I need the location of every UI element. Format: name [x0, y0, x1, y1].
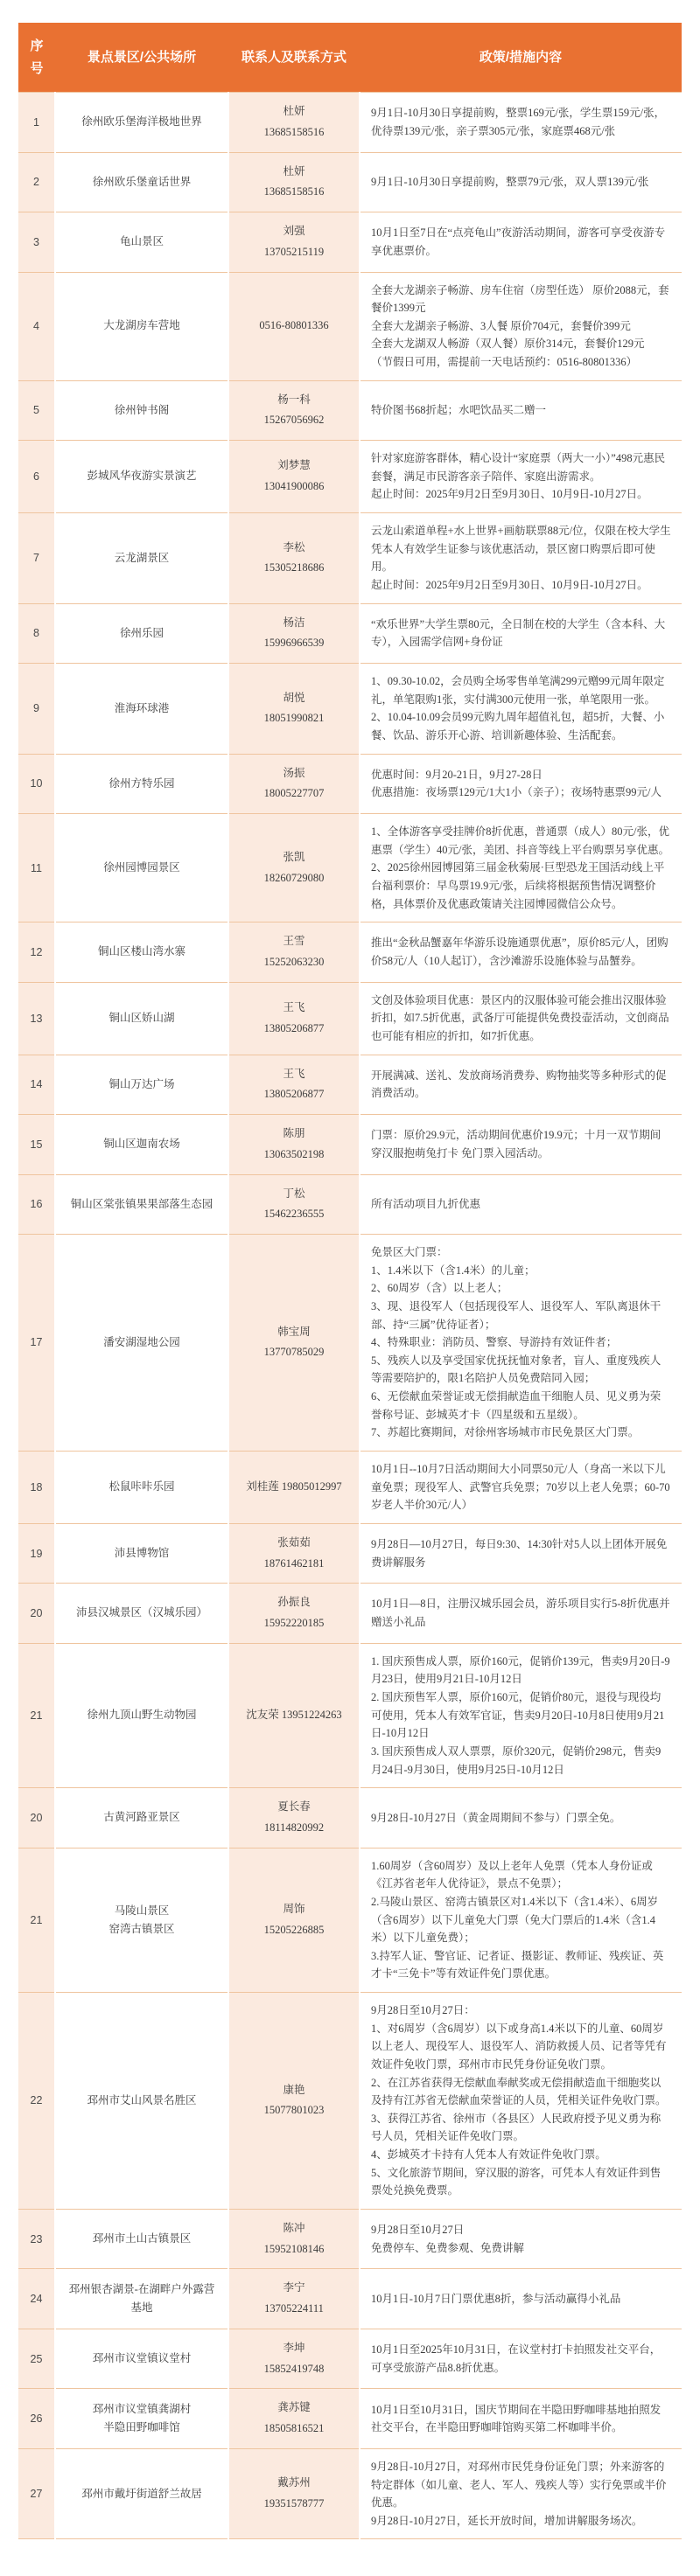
scenic-spot-cell: 徐州欧乐堡海洋极地世界 [55, 93, 228, 153]
policy-cell: 推出“金秋品蟹嘉年华游乐设施通票优惠”，原价85元/人，团购价58元/人（10人… [360, 922, 682, 983]
scenic-spot-cell: 铜山万达广场 [55, 1055, 228, 1115]
serial-number-cell: 21 [18, 1643, 55, 1787]
policy-cell: 针对家庭游客群体，精心设计“家庭票（两大一小）”498元惠民套餐，满足市民游客亲… [360, 441, 682, 513]
serial-number-cell: 13 [18, 982, 55, 1055]
contact-cell: 王雪 15252063230 [228, 922, 360, 983]
scenic-spot-cell: 龟山景区 [55, 212, 228, 273]
serial-number-cell: 20 [18, 1788, 55, 1848]
serial-number-cell: 18 [18, 1451, 55, 1523]
scenic-spot-cell: 潘安湖湿地公园 [55, 1235, 228, 1452]
policy-cell: 优惠时间：9月20-21日，9月27-28日 优惠措施：夜场票129元/1大1小… [360, 754, 682, 814]
policy-cell: 9月28日至10月27日： 1、对6周岁（含6周岁）以下或身高1.4米以下的儿童… [360, 1993, 682, 2210]
contact-cell: 张茹茹 18761462181 [228, 1523, 360, 1584]
table-row: 26邳州市议堂镇龚湖村 半隐田野咖啡馆龚苏键 1850581652110月1日至… [18, 2389, 682, 2449]
table-row: 5徐州钟书阁杨一科 15267056962特价图书68折起；水吧饮品买二赠一 [18, 380, 682, 441]
scenic-spot-cell: 古黄河路亚景区 [55, 1788, 228, 1848]
contact-cell: 戴苏州 19351578777 [228, 2448, 360, 2539]
policy-cell: 免景区大门票： 1、1.4米以下（含1.4米）的儿童； 2、60周岁（含）以上老… [360, 1235, 682, 1452]
policy-cell: 1、09.30-10.02，会员购全场零售单笔满299元赠99元周年限定礼，单笔… [360, 664, 682, 755]
serial-number-cell: 16 [18, 1174, 55, 1235]
contact-cell: 李松 15305218686 [228, 513, 360, 604]
serial-number-cell: 23 [18, 2209, 55, 2269]
table-row: 14铜山万达广场王飞 13805206877开展满减、送礼、发放商场消费券、购物… [18, 1055, 682, 1115]
table-body: 1徐州欧乐堡海洋极地世界杜妍 136851585169月1日-10月30日享提前… [18, 93, 682, 2539]
policy-cell: 全套大龙湖亲子畅游、房车住宿（房型任选） 原价2088元，套餐价1399元 全套… [360, 272, 682, 380]
scenic-spot-cell: 邳州市议堂镇议堂村 [55, 2329, 228, 2389]
contact-cell: 杨一科 15267056962 [228, 380, 360, 441]
policy-cell: 门票：原价29.9元，活动期间优惠价19.9元；十月一双节期间 穿汉服抱萌兔打卡… [360, 1115, 682, 1175]
table-row: 19沛县博物馆张茹茹 187614621819月28日—10月27日，每日9:3… [18, 1523, 682, 1584]
scenic-spot-cell: 邳州市艾山风景名胜区 [55, 1993, 228, 2210]
contact-cell: 杜妍 13685158516 [228, 152, 360, 212]
contact-cell: 王飞 13805206877 [228, 982, 360, 1055]
contact-cell: 沈友荣 13951224263 [228, 1643, 360, 1787]
table-row: 9淮海环球港胡悦 180519908211、09.30-10.02，会员购全场零… [18, 664, 682, 755]
policy-cell: 1.60周岁（含60周岁）及以上老年人免票（凭本人身份证或《江苏省老年人优待证》… [360, 1848, 682, 1992]
table-row: 18松鼠咔咔乐园刘桂莲 1980501299710月1日--10月7日活动期间大… [18, 1451, 682, 1523]
serial-number-cell: 15 [18, 1115, 55, 1175]
serial-number-cell: 21 [18, 1848, 55, 1992]
table-row: 12铜山区楼山湾水寨王雪 15252063230推出“金秋品蟹嘉年华游乐设施通票… [18, 922, 682, 983]
table-row: 10徐州方特乐园汤振 18005227707优惠时间：9月20-21日，9月27… [18, 754, 682, 814]
policy-cell: 10月1日--10月7日活动期间大小同票50元/人（身高一米以下儿童免票；现役军… [360, 1451, 682, 1523]
scenic-spot-cell: 徐州九顶山野生动物园 [55, 1643, 228, 1787]
serial-number-cell: 27 [18, 2448, 55, 2539]
contact-cell: 张凯 18260729080 [228, 814, 360, 922]
policy-cell: 特价图书68折起；水吧饮品买二赠一 [360, 380, 682, 441]
header-scenic-spot: 景点景区/公共场所 [55, 23, 228, 93]
table-row: 8徐州乐园杨洁 15996966539“欢乐世界”大学生票80元，全日制在校的大… [18, 603, 682, 664]
table-row: 11徐州园博园景区张凯 182607290801、全体游客享受挂牌价8折优惠，普… [18, 814, 682, 922]
scenic-spot-cell: 徐州方特乐园 [55, 754, 228, 814]
policy-cell: 10月1日至7日在“点亮龟山”夜游活动期间，游客可享受夜游专享优惠票价。 [360, 212, 682, 273]
table-row: 17潘安湖湿地公园韩宝周 13770785029免景区大门票： 1、1.4米以下… [18, 1235, 682, 1452]
serial-number-cell: 10 [18, 754, 55, 814]
scenic-spot-cell: 徐州欧乐堡童话世界 [55, 152, 228, 212]
policy-cell: 9月28日—10月27日，每日9:30、14:30针对5人以上团体开展免费讲解服… [360, 1523, 682, 1584]
scenic-spot-cell: 云龙湖景区 [55, 513, 228, 604]
contact-cell: 丁松 15462236555 [228, 1174, 360, 1235]
scenic-spot-cell: 淮海环球港 [55, 664, 228, 755]
policy-cell: 9月1日-10月30日享提前购，整票169元/张，学生票159元/张，优待票13… [360, 93, 682, 153]
contact-cell: 杜妍 13685158516 [228, 93, 360, 153]
policy-cell: 9月1日-10月30日享提前购，整票79元/张，双人票139元/张 [360, 152, 682, 212]
policy-cell: 云龙山索道单程+水上世界+画舫联票88元/位，仅限在校大学生凭本人有效学生证参与… [360, 513, 682, 604]
serial-number-cell: 17 [18, 1235, 55, 1452]
contact-cell: 陈冲 15952108146 [228, 2209, 360, 2269]
serial-number-cell: 4 [18, 272, 55, 380]
contact-cell: 李宁 13705224111 [228, 2269, 360, 2329]
serial-number-cell: 25 [18, 2329, 55, 2389]
serial-number-cell: 3 [18, 212, 55, 273]
policy-cell: 9月28日至10月27日 免费停车、免费参观、免费讲解 [360, 2209, 682, 2269]
scenic-spot-cell: 铜山区娇山湖 [55, 982, 228, 1055]
contact-cell: 王飞 13805206877 [228, 1055, 360, 1115]
scenic-spot-cell: 邳州市议堂镇龚湖村 半隐田野咖啡馆 [55, 2389, 228, 2449]
scenic-spot-cell: 沛县博物馆 [55, 1523, 228, 1584]
table-row: 2徐州欧乐堡童话世界杜妍 136851585169月1日-10月30日享提前购，… [18, 152, 682, 212]
serial-number-cell: 1 [18, 93, 55, 153]
policy-table: 序 号 景点景区/公共场所 联系人及联系方式 政策/措施内容 1徐州欧乐堡海洋极… [18, 23, 682, 2539]
scenic-spot-cell: 铜山区迦南农场 [55, 1115, 228, 1175]
header-contact: 联系人及联系方式 [228, 23, 360, 93]
table-row: 3龟山景区刘强 1370521511910月1日至7日在“点亮龟山”夜游活动期间… [18, 212, 682, 273]
contact-cell: 孙振良 15952220185 [228, 1584, 360, 1644]
scenic-spot-cell: 徐州园博园景区 [55, 814, 228, 922]
table-row: 1徐州欧乐堡海洋极地世界杜妍 136851585169月1日-10月30日享提前… [18, 93, 682, 153]
scenic-spot-cell: 松鼠咔咔乐园 [55, 1451, 228, 1523]
policy-cell: 10月1日至10月31日，国庆节期间在半隐田野咖啡基地拍照发社交平台，在半隐田野… [360, 2389, 682, 2449]
policy-cell: 所有活动项目九折优惠 [360, 1174, 682, 1235]
scenic-spot-cell: 徐州乐园 [55, 603, 228, 664]
table-row: 15铜山区迦南农场陈朋 13063502198门票：原价29.9元，活动期间优惠… [18, 1115, 682, 1175]
scenic-spot-cell: 邳州银杏湖景-在湖畔户外露营基地 [55, 2269, 228, 2329]
scenic-spot-cell: 徐州钟书阁 [55, 380, 228, 441]
policy-cell: 9月28日-10月27日，对邳州市民凭身份证免门票；外来游客的特定群体（如儿童、… [360, 2448, 682, 2539]
table-row: 21徐州九顶山野生动物园沈友荣 139512242631. 国庆预售成人票，原价… [18, 1643, 682, 1787]
contact-cell: 杨洁 15996966539 [228, 603, 360, 664]
serial-number-cell: 12 [18, 922, 55, 983]
table-row: 24邳州银杏湖景-在湖畔户外露营基地李宁 1370522411110月1日-10… [18, 2269, 682, 2329]
contact-cell: 韩宝周 13770785029 [228, 1235, 360, 1452]
table-row: 20沛县汉城景区（汉城乐园）孙振良 1595222018510月1日—8日，注册… [18, 1584, 682, 1644]
contact-cell: 汤振 18005227707 [228, 754, 360, 814]
header-serial-number: 序 号 [18, 23, 55, 93]
header-policy-content: 政策/措施内容 [360, 23, 682, 93]
table-row: 16铜山区棠张镇果果部落生态园丁松 15462236555所有活动项目九折优惠 [18, 1174, 682, 1235]
scenic-spot-cell: 邳州市戴圩街道舒兰故居 [55, 2448, 228, 2539]
serial-number-cell: 2 [18, 152, 55, 212]
serial-number-cell: 9 [18, 664, 55, 755]
table-row: 4大龙湖房车营地0516-80801336全套大龙湖亲子畅游、房车住宿（房型任选… [18, 272, 682, 380]
policy-cell: 文创及体验项目优惠：景区内的汉服体验可能会推出汉服体验折扣，如7.5折优惠，武备… [360, 982, 682, 1055]
table-row: 13铜山区娇山湖王飞 13805206877文创及体验项目优惠：景区内的汉服体验… [18, 982, 682, 1055]
table-row: 6彭城风华夜游实景演艺刘梦慧 13041900086针对家庭游客群体，精心设计“… [18, 441, 682, 513]
serial-number-cell: 26 [18, 2389, 55, 2449]
policy-cell: 10月1日—8日，注册汉城乐园会员，游乐项目实行5-8折优惠并赠送小礼品 [360, 1584, 682, 1644]
contact-cell: 周饰 15205226885 [228, 1848, 360, 1992]
scenic-spot-cell: 沛县汉城景区（汉城乐园） [55, 1584, 228, 1644]
contact-cell: 胡悦 18051990821 [228, 664, 360, 755]
contact-cell: 夏长春 18114820992 [228, 1788, 360, 1848]
serial-number-cell: 5 [18, 380, 55, 441]
serial-number-cell: 14 [18, 1055, 55, 1115]
serial-number-cell: 24 [18, 2269, 55, 2329]
contact-cell: 李坤 15852419748 [228, 2329, 360, 2389]
serial-number-cell: 8 [18, 603, 55, 664]
policy-cell: 9月28日-10月27日（黄金周期间不参与）门票全免。 [360, 1788, 682, 1848]
contact-cell: 陈朋 13063502198 [228, 1115, 360, 1175]
table-row: 27邳州市戴圩街道舒兰故居戴苏州 193515787779月28日-10月27日… [18, 2448, 682, 2539]
table-row: 21马陵山景区 窑湾古镇景区周饰 152052268851.60周岁（含60周岁… [18, 1848, 682, 1992]
scenic-spot-cell: 马陵山景区 窑湾古镇景区 [55, 1848, 228, 1992]
serial-number-cell: 6 [18, 441, 55, 513]
policy-cell: 开展满减、送礼、发放商场消费券、购物抽奖等多种形式的促消费活动。 [360, 1055, 682, 1115]
table-row: 20古黄河路亚景区夏长春 181148209929月28日-10月27日（黄金周… [18, 1788, 682, 1848]
policy-cell: 10月1日至2025年10月31日，在议堂村打卡拍照发社交平台，可享受旅游产品8… [360, 2329, 682, 2389]
serial-number-cell: 22 [18, 1993, 55, 2210]
contact-cell: 龚苏键 18505816521 [228, 2389, 360, 2449]
table-row: 22邳州市艾山风景名胜区康艳 150778010239月28日至10月27日： … [18, 1993, 682, 2210]
serial-number-cell: 19 [18, 1523, 55, 1584]
policy-cell: 10月1日-10月7日门票优惠8折，参与活动赢得小礼品 [360, 2269, 682, 2329]
scenic-spot-cell: 大龙湖房车营地 [55, 272, 228, 380]
serial-number-cell: 20 [18, 1584, 55, 1644]
policy-cell: 1、全体游客享受挂牌价8折优惠，普通票（成人）80元/张，优惠票（学生）40元/… [360, 814, 682, 922]
table-row: 23邳州市土山古镇景区陈冲 159521081469月28日至10月27日 免费… [18, 2209, 682, 2269]
policy-cell: 1. 国庆预售成人票，原价160元，促销价139元，售卖9月20日-9月23日，… [360, 1643, 682, 1787]
contact-cell: 刘强 13705215119 [228, 212, 360, 273]
table-row: 7云龙湖景区李松 15305218686云龙山索道单程+水上世界+画舫联票88元… [18, 513, 682, 604]
scenic-spot-cell: 邳州市土山古镇景区 [55, 2209, 228, 2269]
scenic-spot-cell: 铜山区棠张镇果果部落生态园 [55, 1174, 228, 1235]
serial-number-cell: 11 [18, 814, 55, 922]
serial-number-cell: 7 [18, 513, 55, 604]
table-header: 序 号 景点景区/公共场所 联系人及联系方式 政策/措施内容 [18, 23, 682, 93]
header-row: 序 号 景点景区/公共场所 联系人及联系方式 政策/措施内容 [18, 23, 682, 93]
contact-cell: 刘桂莲 19805012997 [228, 1451, 360, 1523]
page: 序 号 景点景区/公共场所 联系人及联系方式 政策/措施内容 1徐州欧乐堡海洋极… [0, 0, 700, 2576]
scenic-spot-cell: 彭城风华夜游实景演艺 [55, 441, 228, 513]
table-row: 25邳州市议堂镇议堂村李坤 1585241974810月1日至2025年10月3… [18, 2329, 682, 2389]
scenic-spot-cell: 铜山区楼山湾水寨 [55, 922, 228, 983]
policy-cell: “欢乐世界”大学生票80元，全日制在校的大学生（含本科、大专），入园需学信网+身… [360, 603, 682, 664]
contact-cell: 0516-80801336 [228, 272, 360, 380]
contact-cell: 康艳 15077801023 [228, 1993, 360, 2210]
contact-cell: 刘梦慧 13041900086 [228, 441, 360, 513]
